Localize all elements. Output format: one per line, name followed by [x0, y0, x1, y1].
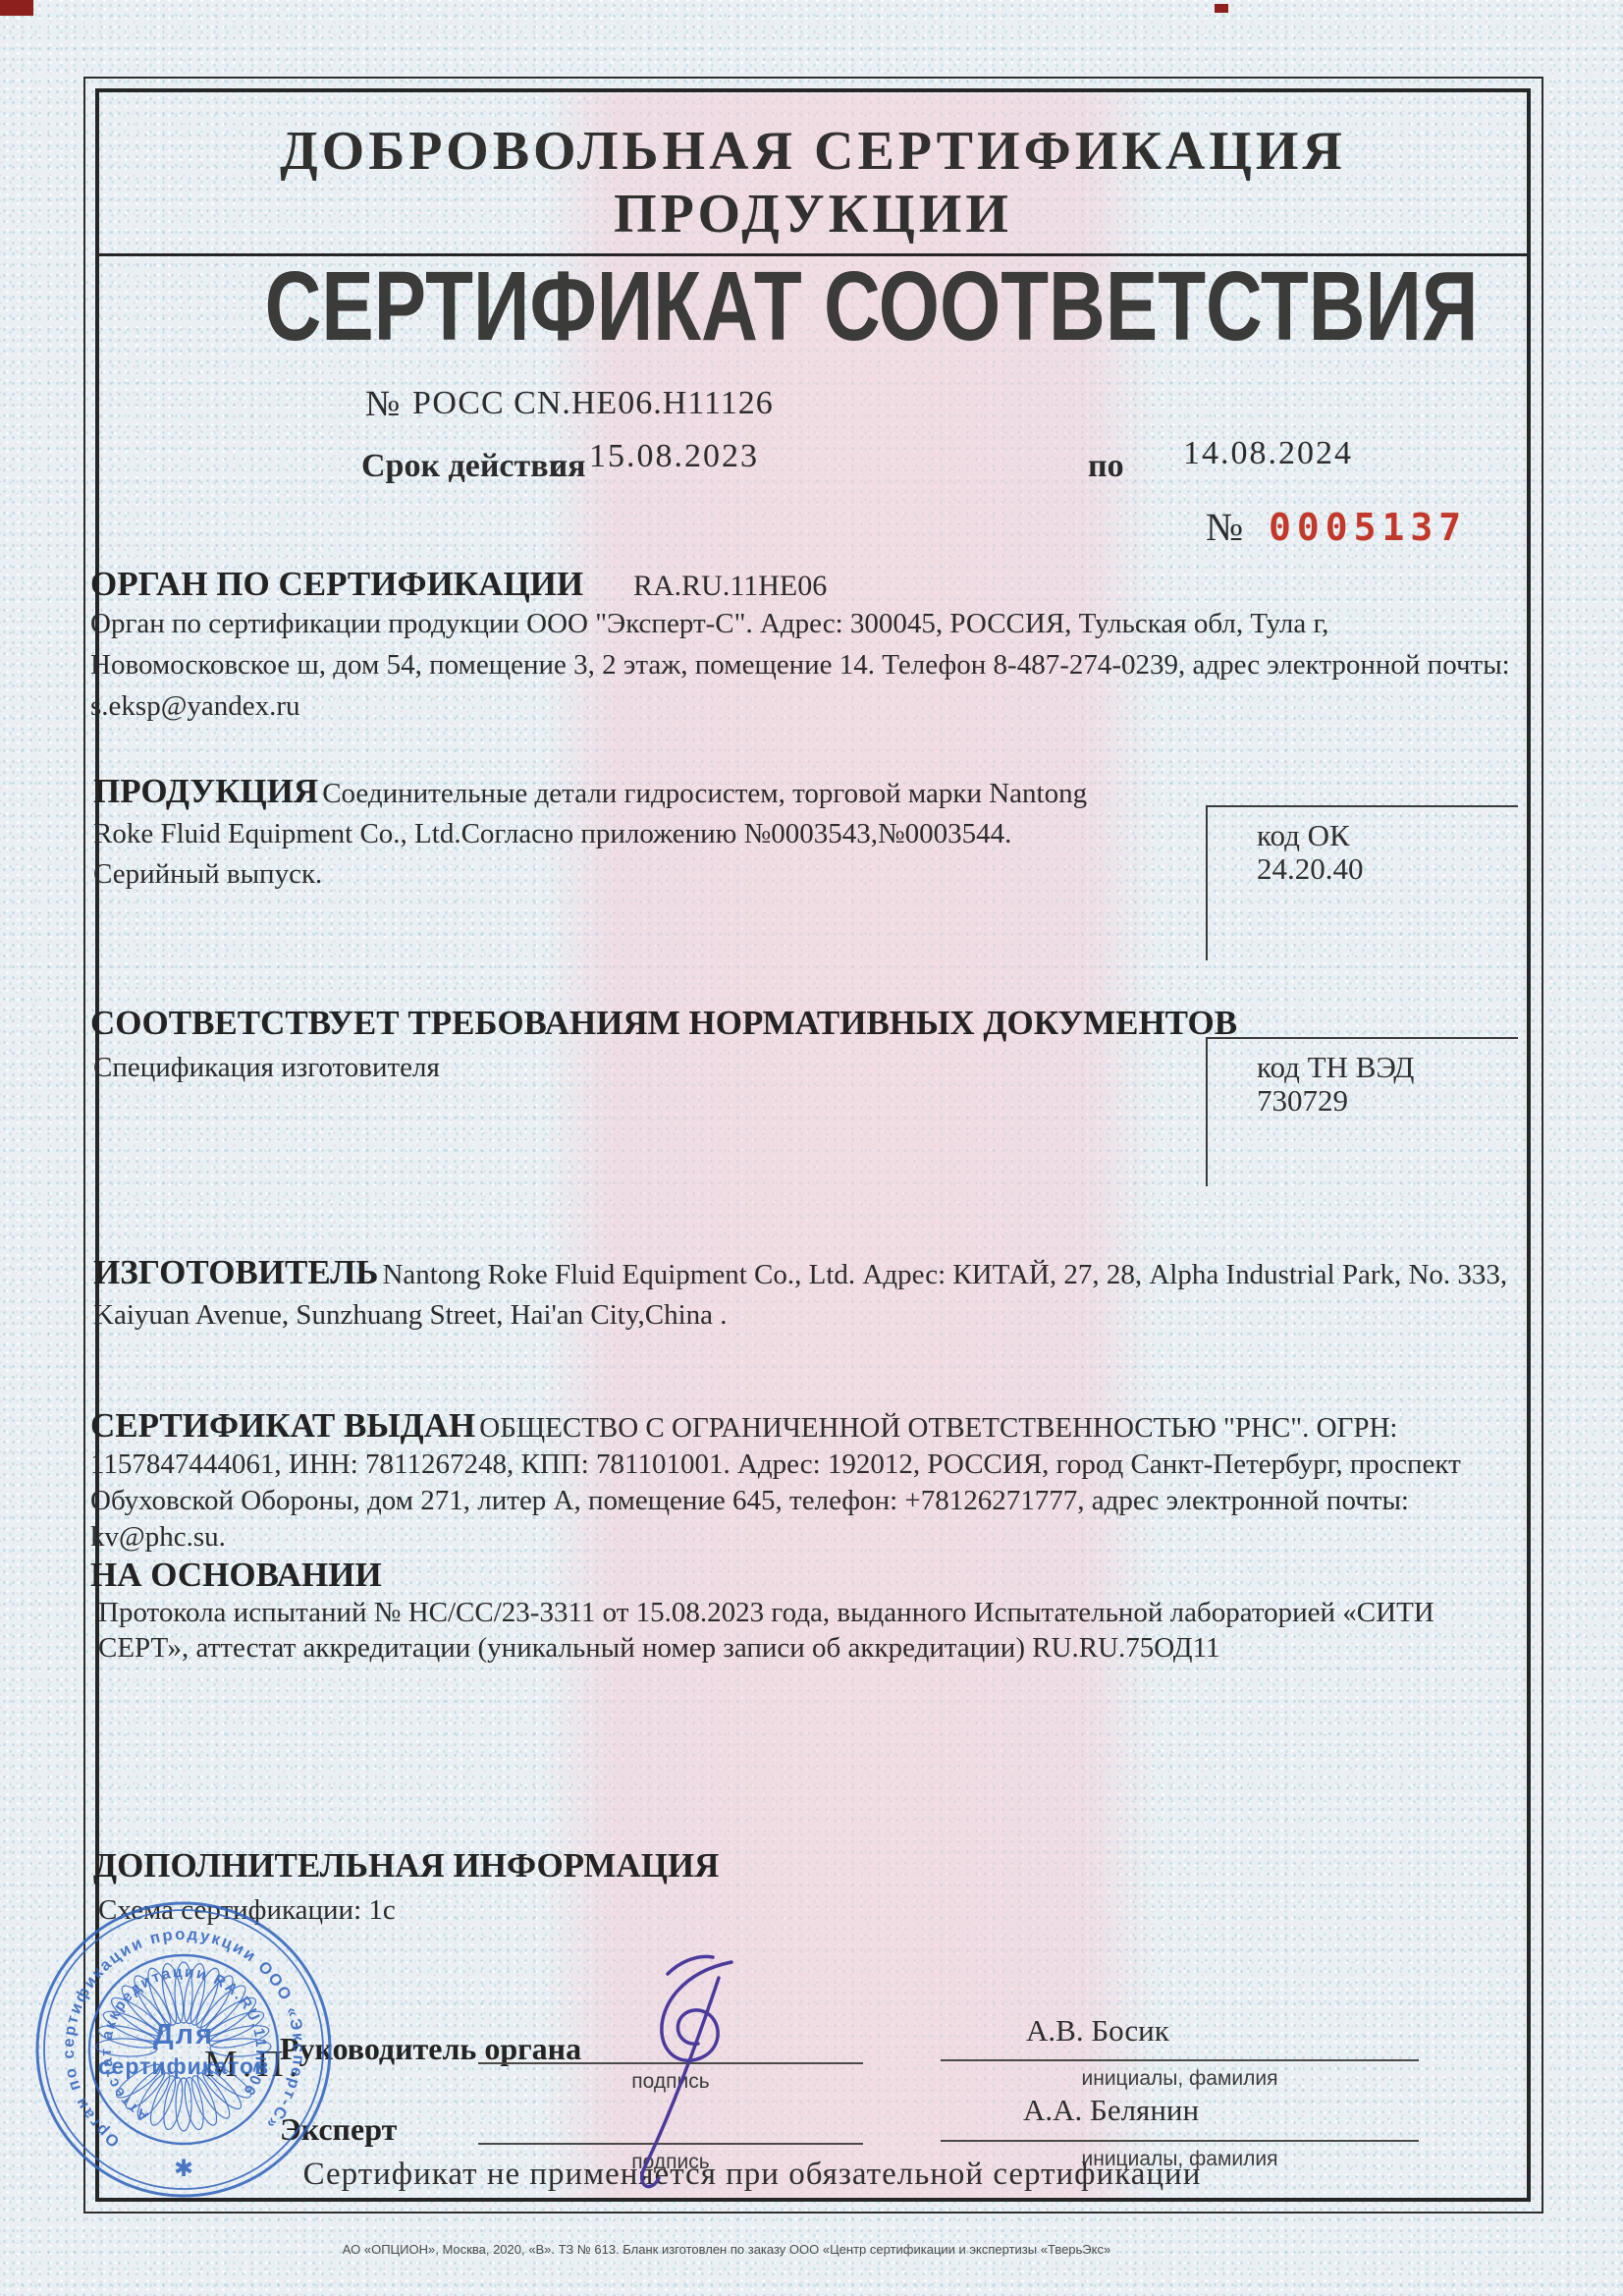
product-section: ПРОДУКЦИЯ Соединительные детали гидросис… — [93, 772, 1129, 895]
head-name-line — [941, 2059, 1419, 2061]
head-name: А.В. Босик — [1026, 2013, 1169, 2049]
form-number-sign: № — [1206, 504, 1243, 550]
certification-body-text: Орган по сертификации продукции ООО "Экс… — [90, 603, 1519, 727]
issued-to-section: СЕРТИФИКАТ ВЫДАН ОБЩЕСТВО С ОГРАНИЧЕННОЙ… — [90, 1406, 1534, 1556]
certificate-page: ДОБРОВОЛЬНАЯ СЕРТИФИКАЦИЯ ПРОДУКЦИИ СЕРТ… — [0, 0, 1623, 2296]
expert-name-line — [941, 2140, 1419, 2142]
scan-artifact-top-left — [0, 0, 33, 16]
manufacturer-heading: ИЗГОТОВИТЕЛЬ — [93, 1253, 378, 1291]
tnved-code-label: код ТН ВЭД — [1257, 1051, 1518, 1084]
certification-body-stamp: Орган по сертификации продукции ООО «Экс… — [32, 1898, 337, 2203]
compliance-heading: СООТВЕТСТВУЕТ ТРЕБОВАНИЯМ НОРМАТИВНЫХ ДО… — [90, 1004, 1237, 1043]
certification-body-code: RA.RU.11HE06 — [633, 570, 827, 603]
ok-code-value: 24.20.40 — [1257, 852, 1518, 886]
tnved-code-value: 730729 — [1257, 1084, 1518, 1118]
stamp-center-line2: сертификатов — [98, 2053, 269, 2079]
basis-text: Протокола испытаний № НС/СС/23-3311 от 1… — [98, 1595, 1512, 1666]
validity-from-date: 15.08.2023 — [589, 438, 759, 475]
banner-title: ДОБРОВОЛЬНАЯ СЕРТИФИКАЦИЯ ПРОДУКЦИИ — [99, 120, 1527, 246]
head-name-caption: инициалы, фамилия — [941, 2067, 1419, 2091]
handwritten-signature — [511, 1944, 835, 2210]
ok-code-box: код ОК 24.20.40 — [1206, 805, 1518, 960]
validity-to-date: 14.08.2024 — [1183, 435, 1353, 472]
certificate-title: СЕРТИФИКАТ СООТВЕТСТВИЯ — [265, 257, 1407, 355]
issued-to-heading: СЕРТИФИКАТ ВЫДАН — [90, 1406, 475, 1445]
basis-heading: НА ОСНОВАНИИ — [90, 1556, 382, 1595]
stamp-center-line1: Для — [153, 2019, 214, 2050]
expert-name: А.А. Белянин — [1023, 2093, 1199, 2128]
validity-from-label: с — [550, 448, 565, 485]
scan-artifact-top-right — [1215, 4, 1228, 13]
form-number-value: 0005137 — [1269, 506, 1467, 549]
tnved-code-box: код ТН ВЭД 730729 — [1206, 1037, 1518, 1186]
stamp-star-icon: ✱ — [174, 2157, 193, 2182]
certification-body-heading: ОРГАН ПО СЕРТИФИКАЦИИ — [90, 565, 583, 604]
print-note: АО «ОПЦИОН», Москва, 2020, «В». ТЗ № 613… — [0, 2242, 1453, 2257]
reg-number-value: РОСС CN.HE06.H11126 — [412, 385, 774, 422]
manufacturer-section: ИЗГОТОВИТЕЛЬ Nantong Roke Fluid Equipmen… — [93, 1253, 1527, 1336]
reg-number-sign: № — [365, 383, 400, 425]
ok-code-label: код ОК — [1257, 819, 1518, 852]
additional-info-heading: ДОПОЛНИТЕЛЬНАЯ ИНФОРМАЦИЯ — [93, 1846, 719, 1886]
compliance-text: Спецификация изготовителя — [93, 1047, 440, 1088]
validity-to-label: по — [1088, 448, 1124, 485]
product-heading: ПРОДУКЦИЯ — [93, 772, 318, 810]
